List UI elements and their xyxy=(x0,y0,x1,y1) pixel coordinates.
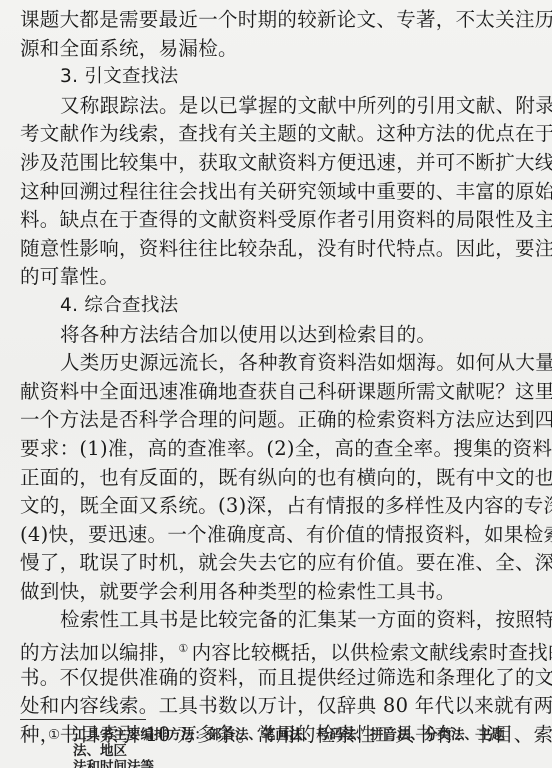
text-line: 的可靠性。 xyxy=(20,263,526,292)
body-text: 课题大都是需要最近一个时期的较新论文、专著，不太关注历史渊 源和全面系统，易漏检… xyxy=(20,6,526,749)
section-heading-combined-search: 4. 综合查找法 xyxy=(20,292,526,321)
text-line: 课题大都是需要最近一个时期的较新论文、专著，不太关注历史渊 xyxy=(20,6,526,35)
text-segment: 内容比较概括，以供检索文献线索时查找的图 xyxy=(192,641,552,664)
text-line: 做到快，就要学会利用各种类型的检索性工具书。 xyxy=(20,578,526,607)
text-line: 书。不仅提供准确的资料，而且提供经过筛选和条理化了的文献出 xyxy=(20,664,526,693)
text-line: 一个方法是否科学合理的问题。正确的检索资料方法应达到四点 xyxy=(20,406,526,435)
text-line: 源和全面系统，易漏检。 xyxy=(20,35,526,64)
footnote-marker: ① xyxy=(48,727,60,743)
text-line: 随意性影响，资料往往比较杂乱，没有时代特点。因此，要注意文献 xyxy=(20,235,526,264)
text-line: 文的，既全面又系统。(3)深，占有情报的多样性及内容的专深。 xyxy=(20,492,526,521)
section-heading-citation-search: 3. 引文查找法 xyxy=(20,63,526,92)
text-line: 正面的，也有反面的，既有纵向的也有横向的，既有中文的也有外 xyxy=(20,464,526,493)
paragraph-start: 人类历史源远流长，各种教育资料浩如烟海。如何从大量的文 xyxy=(20,349,526,378)
book-page: 课题大都是需要最近一个时期的较新论文、专著，不太关注历史渊 源和全面系统，易漏检… xyxy=(0,0,552,768)
text-segment: 的方法加以编排， xyxy=(20,641,178,664)
footnote-divider xyxy=(20,719,146,720)
footnote-line: 工具书主要编排方法：部首法、笔画法、号码法、拼音法、分类法、主题法、地区 xyxy=(48,727,528,759)
text-line: 这种回溯过程往往会找出有关研究领域中重要的、丰富的原始资 xyxy=(20,178,526,207)
paragraph-start: 又称跟踪法。是以已掌握的文献中所列的引用文献、附录的参 xyxy=(20,92,526,121)
text-line: 考文献作为线索，查找有关主题的文献。这种方法的优点在于文献 xyxy=(20,120,526,149)
text-line: 献资料中全面迅速准确地查获自己科研课题所需文献呢？这里有 xyxy=(20,378,526,407)
text-line: 要求：(1)准，高的查准率。(2)全，高的查全率。搜集的资料不仅有 xyxy=(20,435,526,464)
footnote: ① 工具书主要编排方法：部首法、笔画法、号码法、拼音法、分类法、主题法、地区 法… xyxy=(48,727,528,768)
text-line: 涉及范围比较集中，获取文献资料方便迅速，并可不断扩大线索。 xyxy=(20,149,526,178)
text-line: 料。缺点在于查得的文献资料受原作者引用资料的局限性及主观 xyxy=(20,206,526,235)
text-line: 慢了，耽误了时机，就会失去它的应有价值。要在准、全、深基础上 xyxy=(20,549,526,578)
text-line: (4)快，要迅速。一个准确度高、有价值的情报资料，如果检索速度 xyxy=(20,521,526,550)
text-line: 处和内容线索。工具书数以万计，仅辞典 80 年代以来就有两千多 xyxy=(20,692,526,721)
paragraph-start: 将各种方法结合加以使用以达到检索目的。 xyxy=(20,321,526,350)
footnote-line: 法和时间法等。 xyxy=(48,759,528,768)
footnote-reference[interactable]: ① xyxy=(178,642,188,655)
paragraph-start: 检索性工具书是比较完备的汇集某一方面的资料，按照特定 xyxy=(20,606,526,635)
text-line-with-footnote: 的方法加以编排，①内容比较概括，以供检索文献线索时查找的图 xyxy=(20,635,526,664)
